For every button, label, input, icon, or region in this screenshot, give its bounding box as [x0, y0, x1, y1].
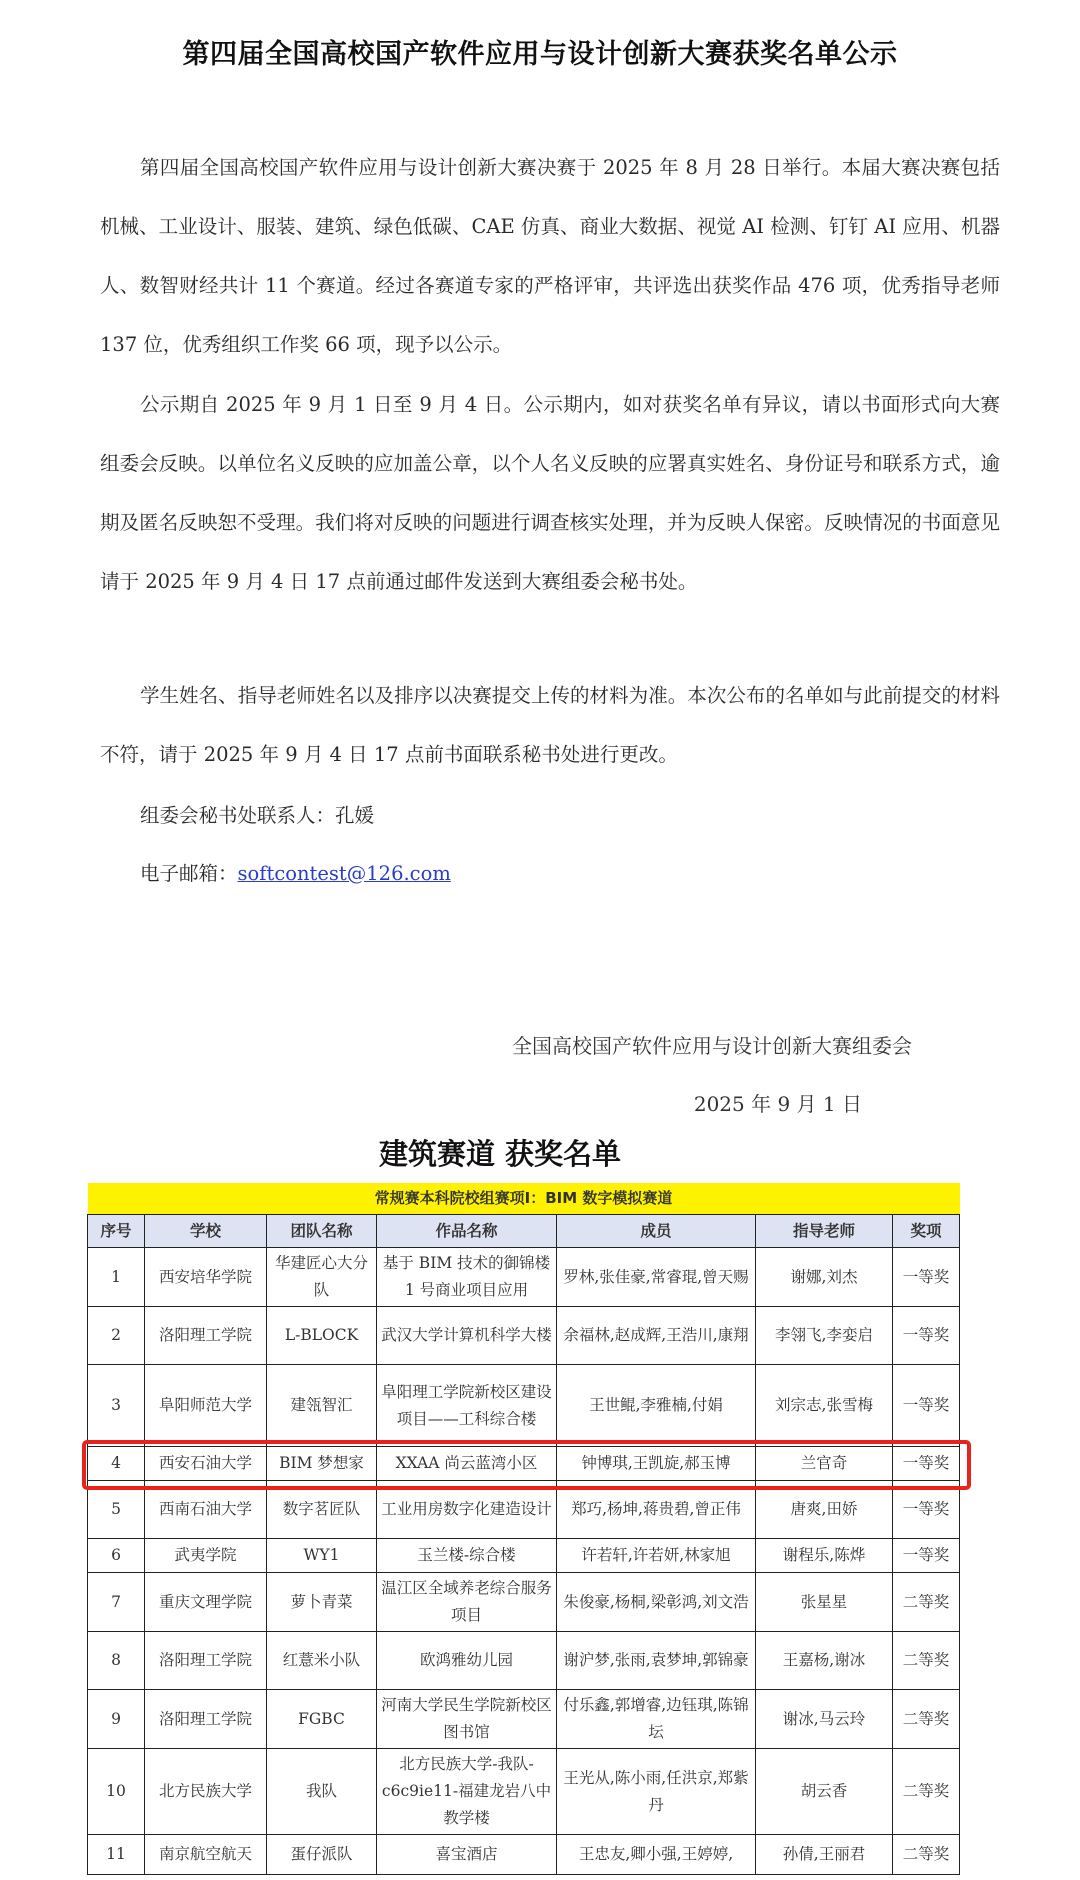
- cell-award: 一等奖: [893, 1481, 960, 1539]
- contact-person: 组委会秘书处联系人：孔媛: [140, 800, 374, 828]
- cell-members: 谢沪梦,张雨,袁梦坤,郭锦豪: [557, 1632, 756, 1690]
- cell-no: 11: [88, 1835, 145, 1875]
- cell-members: 罗林,张佳豪,常睿琨,曾天赐: [557, 1248, 756, 1307]
- cell-work: XXAA 尚云蓝湾小区: [377, 1447, 557, 1481]
- signature-organization: 全国高校国产软件应用与设计创新大赛组委会: [512, 1030, 912, 1059]
- cell-school: 阜阳师范大学: [145, 1365, 267, 1447]
- cell-team: 数字茗匠队: [267, 1481, 377, 1539]
- column-header-school: 学校: [145, 1215, 267, 1248]
- cell-team: 蛋仔派队: [267, 1835, 377, 1875]
- table-row: 4西安石油大学BIM 梦想家XXAA 尚云蓝湾小区钟博琪,王凯旋,郝玉博兰官奇一…: [88, 1447, 960, 1481]
- table-banner-row: 常规赛本科院校组赛项Ⅰ：BIM 数字模拟赛道: [88, 1183, 960, 1215]
- cell-award: 一等奖: [893, 1248, 960, 1307]
- cell-team: BIM 梦想家: [267, 1447, 377, 1481]
- track-banner: 常规赛本科院校组赛项Ⅰ：BIM 数字模拟赛道: [88, 1183, 960, 1215]
- table-row: 6武夷学院WY1玉兰楼-综合楼许若轩,许若妍,林家旭谢程乐,陈烨一等奖: [88, 1539, 960, 1573]
- cell-advisor: 谢冰,马云玲: [756, 1690, 893, 1749]
- table-row: 7重庆文理学院萝卜青菜温江区全域养老综合服务项目朱俊豪,杨桐,梁彰鸿,刘文浩张星…: [88, 1573, 960, 1632]
- cell-no: 7: [88, 1573, 145, 1632]
- cell-work: 河南大学民生学院新校区图书馆: [377, 1690, 557, 1749]
- email-link[interactable]: softcontest@126.com: [238, 862, 451, 885]
- cell-team: 萝卜青菜: [267, 1573, 377, 1632]
- cell-work: 北方民族大学-我队-c6c9ie11-福建龙岩八中教学楼: [377, 1749, 557, 1835]
- cell-award: 一等奖: [893, 1307, 960, 1365]
- cell-school: 洛阳理工学院: [145, 1307, 267, 1365]
- table-row: 2洛阳理工学院L-BLOCK武汉大学计算机科学大楼余福林,赵成辉,王浩川,康翔李…: [88, 1307, 960, 1365]
- cell-advisor: 谢娜,刘杰: [756, 1248, 893, 1307]
- cell-advisor: 孙倩,王丽君: [756, 1835, 893, 1875]
- cell-members: 许若轩,许若妍,林家旭: [557, 1539, 756, 1573]
- cell-work: 武汉大学计算机科学大楼: [377, 1307, 557, 1365]
- column-header-members: 成员: [557, 1215, 756, 1248]
- intro-paragraph: 第四届全国高校国产软件应用与设计创新大赛决赛于 2025 年 8 月 28 日举…: [100, 138, 1000, 374]
- cell-advisor: 胡云香: [756, 1749, 893, 1835]
- cell-members: 朱俊豪,杨桐,梁彰鸿,刘文浩: [557, 1573, 756, 1632]
- cell-team: L-BLOCK: [267, 1307, 377, 1365]
- column-header-advisor: 指导老师: [756, 1215, 893, 1248]
- cell-advisor: 李翎飞,李娈启: [756, 1307, 893, 1365]
- cell-school: 南京航空航天: [145, 1835, 267, 1875]
- table-row: 3阜阳师范大学建瓴智汇阜阳理工学院新校区建设项目——工科综合楼王世鲲,李雅楠,付…: [88, 1365, 960, 1447]
- cell-award: 二等奖: [893, 1690, 960, 1749]
- cell-school: 西安石油大学: [145, 1447, 267, 1481]
- cell-no: 6: [88, 1539, 145, 1573]
- column-header-no: 序号: [88, 1215, 145, 1248]
- cell-members: 王光从,陈小雨,任洪京,郑紫丹: [557, 1749, 756, 1835]
- cell-no: 3: [88, 1365, 145, 1447]
- cell-advisor: 刘宗志,张雪梅: [756, 1365, 893, 1447]
- cell-members: 郑巧,杨坤,蒋贵碧,曾正伟: [557, 1481, 756, 1539]
- cell-no: 4: [88, 1447, 145, 1481]
- cell-work: 阜阳理工学院新校区建设项目——工科综合楼: [377, 1365, 557, 1447]
- cell-work: 温江区全域养老综合服务项目: [377, 1573, 557, 1632]
- cell-team: 红薏米小队: [267, 1632, 377, 1690]
- cell-award: 二等奖: [893, 1835, 960, 1875]
- cell-no: 2: [88, 1307, 145, 1365]
- cell-team: 我队: [267, 1749, 377, 1835]
- correction-paragraph: 学生姓名、指导老师姓名以及排序以决赛提交上传的材料为准。本次公布的名单如与此前提…: [100, 666, 1000, 784]
- cell-advisor: 兰官奇: [756, 1447, 893, 1481]
- cell-work: 基于 BIM 技术的御锦楼 1 号商业项目应用: [377, 1248, 557, 1307]
- cell-award: 二等奖: [893, 1573, 960, 1632]
- cell-work: 工业用房数字化建造设计: [377, 1481, 557, 1539]
- cell-advisor: 张星星: [756, 1573, 893, 1632]
- table-header-row: 序号 学校 团队名称 作品名称 成员 指导老师 奖项: [88, 1215, 960, 1248]
- email-line: 电子邮箱：softcontest@126.com: [140, 858, 451, 886]
- table-row: 8洛阳理工学院红薏米小队欧鸿雅幼儿园谢沪梦,张雨,袁梦坤,郭锦豪王嘉杨,谢冰二等…: [88, 1632, 960, 1690]
- signature-date: 2025 年 9 月 1 日: [694, 1088, 862, 1117]
- table-body: 1西安培华学院华建匠心大分队基于 BIM 技术的御锦楼 1 号商业项目应用罗林,…: [88, 1248, 960, 1875]
- cell-school: 重庆文理学院: [145, 1573, 267, 1632]
- page-title: 第四届全国高校国产软件应用与设计创新大赛获奖名单公示: [0, 32, 1080, 71]
- cell-no: 1: [88, 1248, 145, 1307]
- cell-team: FGBC: [267, 1690, 377, 1749]
- cell-no: 8: [88, 1632, 145, 1690]
- track-title: 建筑赛道 获奖名单: [0, 1132, 1000, 1173]
- cell-no: 9: [88, 1690, 145, 1749]
- table-row: 5西南石油大学数字茗匠队工业用房数字化建造设计郑巧,杨坤,蒋贵碧,曾正伟唐爽,田…: [88, 1481, 960, 1539]
- table-row: 1西安培华学院华建匠心大分队基于 BIM 技术的御锦楼 1 号商业项目应用罗林,…: [88, 1248, 960, 1307]
- cell-award: 一等奖: [893, 1447, 960, 1481]
- cell-school: 洛阳理工学院: [145, 1690, 267, 1749]
- table-row: 11南京航空航天蛋仔派队喜宝酒店王忠友,卿小强,王婷婷,孙倩,王丽君二等奖: [88, 1835, 960, 1875]
- cell-members: 余福林,赵成辉,王浩川,康翔: [557, 1307, 756, 1365]
- cell-no: 10: [88, 1749, 145, 1835]
- cell-team: WY1: [267, 1539, 377, 1573]
- cell-team: 华建匠心大分队: [267, 1248, 377, 1307]
- cell-work: 玉兰楼-综合楼: [377, 1539, 557, 1573]
- awards-table: 常规赛本科院校组赛项Ⅰ：BIM 数字模拟赛道 序号 学校 团队名称 作品名称 成…: [87, 1183, 960, 1875]
- cell-school: 西安培华学院: [145, 1248, 267, 1307]
- cell-award: 一等奖: [893, 1539, 960, 1573]
- cell-award: 一等奖: [893, 1365, 960, 1447]
- cell-work: 欧鸿雅幼儿园: [377, 1632, 557, 1690]
- cell-team: 建瓴智汇: [267, 1365, 377, 1447]
- column-header-award: 奖项: [893, 1215, 960, 1248]
- cell-school: 武夷学院: [145, 1539, 267, 1573]
- cell-work: 喜宝酒店: [377, 1835, 557, 1875]
- objection-paragraph: 公示期自 2025 年 9 月 1 日至 9 月 4 日。公示期内，如对获奖名单…: [100, 375, 1000, 611]
- cell-no: 5: [88, 1481, 145, 1539]
- cell-members: 王世鲲,李雅楠,付娟: [557, 1365, 756, 1447]
- cell-members: 付乐鑫,郭增睿,边钰琪,陈锦坛: [557, 1690, 756, 1749]
- cell-members: 钟博琪,王凯旋,郝玉博: [557, 1447, 756, 1481]
- cell-advisor: 唐爽,田娇: [756, 1481, 893, 1539]
- table-row: 9洛阳理工学院FGBC河南大学民生学院新校区图书馆付乐鑫,郭增睿,边钰琪,陈锦坛…: [88, 1690, 960, 1749]
- cell-school: 洛阳理工学院: [145, 1632, 267, 1690]
- email-label: 电子邮箱：: [140, 862, 238, 885]
- column-header-work: 作品名称: [377, 1215, 557, 1248]
- cell-members: 王忠友,卿小强,王婷婷,: [557, 1835, 756, 1875]
- cell-school: 西南石油大学: [145, 1481, 267, 1539]
- table-row: 10北方民族大学我队北方民族大学-我队-c6c9ie11-福建龙岩八中教学楼王光…: [88, 1749, 960, 1835]
- cell-award: 二等奖: [893, 1749, 960, 1835]
- cell-advisor: 王嘉杨,谢冰: [756, 1632, 893, 1690]
- cell-advisor: 谢程乐,陈烨: [756, 1539, 893, 1573]
- column-header-team: 团队名称: [267, 1215, 377, 1248]
- cell-award: 二等奖: [893, 1632, 960, 1690]
- cell-school: 北方民族大学: [145, 1749, 267, 1835]
